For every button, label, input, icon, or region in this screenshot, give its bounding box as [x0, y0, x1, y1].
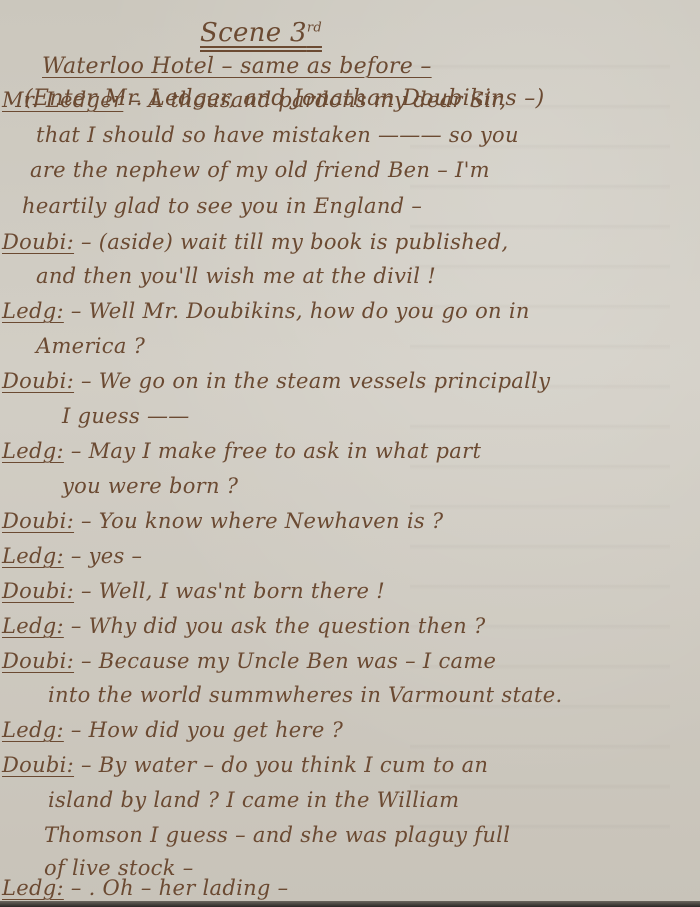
dialogue-line: America ? — [36, 334, 145, 358]
line-text: – You know where Newhaven is ? — [81, 509, 443, 533]
speaker-name: Ledg: — [2, 544, 64, 568]
speaker-name: Doubi: — [2, 230, 74, 254]
line-text: and then you'll wish me at the divil ! — [36, 264, 436, 288]
speaker-name: Ledg: — [2, 299, 64, 323]
speaker-name: Ledg: — [2, 439, 64, 463]
dialogue-line: Doubi: – (aside) wait till my book is pu… — [2, 230, 508, 254]
speaker-name: Doubi: — [2, 649, 74, 673]
line-text: into the world summwheres in Varmount st… — [48, 683, 562, 707]
dialogue-line: you were born ? — [62, 474, 238, 498]
line-text: – By water – do you think I cum to an — [81, 753, 488, 777]
scene-title: Scene 3rd — [200, 18, 322, 48]
line-text: – May I make free to ask in what part — [71, 439, 481, 463]
dialogue-line: Mr. Ledger – A thousand pardons my dear … — [2, 88, 506, 112]
line-text: – Well, I was'nt born there ! — [81, 579, 385, 603]
scene-title-suffix: rd — [307, 20, 322, 35]
line-text: – How did you get here ? — [71, 718, 343, 742]
setting-line: Waterloo Hotel – same as before – — [42, 54, 432, 79]
speaker-name: Ledg: — [2, 876, 64, 900]
line-text: Thomson I guess – and she was plaguy ful… — [44, 823, 510, 847]
speaker-name: Doubi: — [2, 509, 74, 533]
scene-title-text: Scene 3 — [200, 18, 307, 48]
dialogue-line: into the world summwheres in Varmount st… — [48, 683, 562, 707]
line-text: – yes – — [71, 544, 143, 568]
speaker-name: Ledg: — [2, 614, 64, 638]
speaker-name: Doubi: — [2, 579, 74, 603]
speaker-name: Ledg: — [2, 718, 64, 742]
line-text: – Because my Uncle Ben was – I came — [81, 649, 496, 673]
line-text: – We go on in the steam vessels principa… — [81, 369, 550, 393]
dialogue-line: I guess —— — [62, 404, 190, 428]
line-text: America ? — [36, 334, 145, 358]
dialogue-line: Doubi: – We go on in the steam vessels p… — [2, 369, 550, 393]
dialogue-line: Doubi: – Well, I was'nt born there ! — [2, 579, 385, 603]
line-text: – (aside) wait till my book is published… — [81, 230, 508, 254]
dialogue-line: heartily glad to see you in England – — [22, 194, 422, 218]
dialogue-line: Ledg: – . Oh – her lading – — [2, 876, 288, 900]
dialogue-line: Doubi: – By water – do you think I cum t… — [2, 753, 488, 777]
dialogue-line: Ledg: – yes – — [2, 544, 142, 568]
line-text: are the nephew of my old friend Ben – I'… — [30, 158, 490, 182]
line-text: island by land ? I came in the William — [48, 788, 459, 812]
line-text: – Why did you ask the question then ? — [71, 614, 486, 638]
dialogue-line: are the nephew of my old friend Ben – I'… — [30, 158, 490, 182]
speaker-name: Doubi: — [2, 369, 74, 393]
page-bottom-edge — [0, 901, 700, 907]
dialogue-line: Ledg: – May I make free to ask in what p… — [2, 439, 481, 463]
line-text: you were born ? — [62, 474, 238, 498]
dialogue-line: Doubi: – You know where Newhaven is ? — [2, 509, 443, 533]
dialogue-line: Ledg: – Well Mr. Doubikins, how do you g… — [2, 299, 530, 323]
line-text: heartily glad to see you in England – — [22, 194, 422, 218]
dialogue-line: that I should so have mistaken ——— so yo… — [36, 123, 519, 147]
line-text: – Well Mr. Doubikins, how do you go on i… — [71, 299, 530, 323]
dialogue-line: Ledg: – How did you get here ? — [2, 718, 343, 742]
dialogue-line: Doubi: – Because my Uncle Ben was – I ca… — [2, 649, 496, 673]
line-text: – A thousand pardons my dear Sir, — [130, 88, 506, 112]
dialogue-line: Thomson I guess – and she was plaguy ful… — [44, 823, 510, 847]
manuscript-page: Scene 3rd Waterloo Hotel – same as befor… — [0, 0, 700, 907]
speaker-name: Mr. Ledger — [2, 88, 123, 112]
dialogue-line: island by land ? I came in the William — [48, 788, 459, 812]
line-text: that I should so have mistaken ——— so yo… — [36, 123, 519, 147]
line-text: – . Oh – her lading – — [71, 876, 289, 900]
line-text: I guess —— — [62, 404, 190, 428]
dialogue-line: and then you'll wish me at the divil ! — [36, 264, 436, 288]
speaker-name: Doubi: — [2, 753, 74, 777]
dialogue-line: Ledg: – Why did you ask the question the… — [2, 614, 486, 638]
